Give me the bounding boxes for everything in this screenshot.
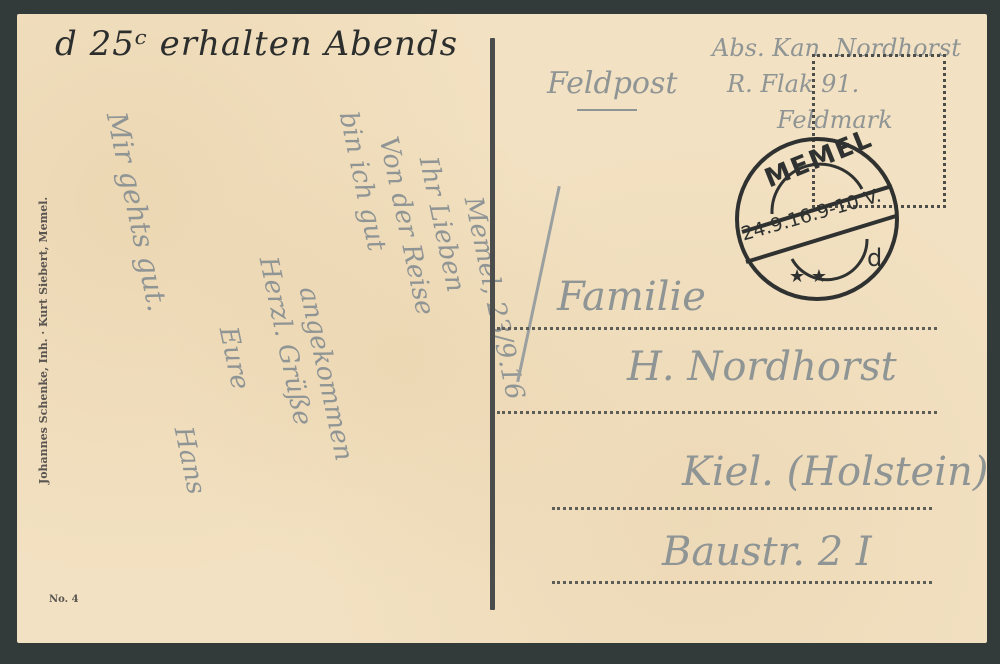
postcard-back: d 25ᶜ erhalten Abends Johannes Schenke, …: [17, 14, 987, 643]
address-rule-3: [552, 507, 932, 510]
message-line-6: Eure: [213, 324, 256, 392]
address-line-2: H. Nordhorst: [627, 344, 897, 390]
vertical-divider: [490, 38, 495, 610]
address-flourish-stroke: [516, 186, 561, 382]
address-rule-2: [497, 411, 937, 414]
address-line-3: Kiel. (Holstein): [682, 449, 988, 495]
address-rule-1: [497, 327, 937, 330]
postmark-code: d: [867, 244, 882, 272]
feldpost-label: Feldpost: [547, 66, 677, 101]
header-ink-note: d 25ᶜ erhalten Abends: [55, 24, 458, 64]
address-line-1: Familie: [557, 274, 706, 320]
feldpost-underline: [577, 109, 637, 111]
publisher-imprint: Johannes Schenke, Inh. · Kurt Siebert, M…: [37, 197, 50, 484]
message-side-note: Mir gehts gut.: [100, 109, 175, 315]
message-signature: Hans: [168, 424, 212, 497]
address-rule-4: [552, 581, 932, 584]
postmark-stars: ★ ★: [789, 266, 827, 287]
address-line-4: Baustr. 2 I: [662, 529, 872, 575]
card-number: No. 4: [49, 594, 79, 605]
